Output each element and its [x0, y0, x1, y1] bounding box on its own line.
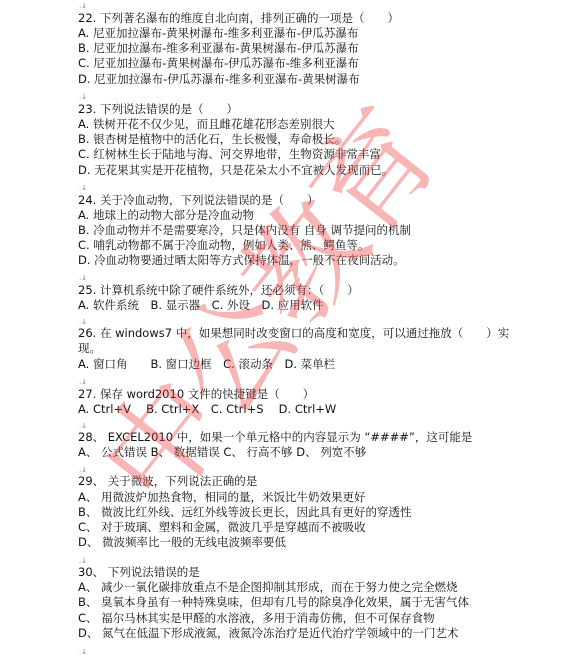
question-30-option-a: A、 减少一氧化碳排放重点不是企图抑制其形成，而在于努力使之完全燃烧 [78, 580, 458, 594]
paragraph-mark: .↓ [79, 648, 87, 656]
question-29-title: 29、 关于微波，下列说法正确的是 [78, 474, 257, 488]
question-24-option-c: C. 哺乳动物都不属于冷血动物，例如人类、熊、鳄鱼等。 [78, 238, 369, 252]
question-29-option-a: A、 用微波炉加热食物，相同的量，米饭比牛奶效果更好 [78, 490, 366, 504]
question-23-option-a: A. 铁树开花不仅少见，而且雌花雄花形态差别很大 [78, 117, 334, 131]
question-24-title: 24. 关于冷血动物，下列说法错误的是（ ） [78, 193, 318, 207]
question-29-option-b: B、 微波比红外线、远红外线等波长更长，因此具有更好的穿透性 [78, 505, 412, 519]
question-30-option-c: C、 福尔马林其实是甲醛的水溶液，多用于消毒仿佛，但不可保存食物 [78, 611, 435, 625]
paragraph-mark: .↓ [79, 2, 87, 10]
question-29-option-d: D、 微波频率比一般的无线电波频率要低 [78, 535, 286, 549]
paragraph-mark: .↓ [79, 93, 87, 101]
question-26-title: 26. 在 windows7 中，如果想同时改变窗口的高度和宽度，可以通过拖放（… [78, 326, 509, 340]
paragraph-mark: .↓ [79, 466, 87, 474]
question-26-title-continued: 现。 [78, 341, 101, 355]
question-22-title: 22. 下列著名瀑布的维度自北向南，排列正确的一项是（ ） [78, 11, 399, 25]
question-24-option-d: D. 冷血动物要通过晒太阳等方式保持体温，一般不在夜间活动。 [78, 253, 405, 267]
question-25-options: A. 软件系统 B. 显示器 C. 外设 D. 应用软件 [78, 298, 324, 312]
question-28-options: A、 公式错误 B、 数据错误 C、 行高不够 D、 列宽不够 [78, 445, 366, 459]
question-22-option-c: C. 尼亚加拉瀑布-黄果树瀑布-伊瓜苏瀑布-维多利亚瀑布 [78, 56, 359, 70]
question-26-options: A. 窗口角 B. 窗口边框 C. 滚动条 D. 菜单栏 [78, 357, 335, 371]
question-23-option-d: D. 无花果其实是开花植物，只是花朵太小不宜被人发现而已。 [78, 163, 393, 177]
paragraph-mark: .↓ [79, 184, 87, 192]
question-22-option-a: A. 尼亚加拉瀑布-黄果树瀑布-维多利亚瀑布-伊瓜苏瀑布 [78, 26, 358, 40]
question-30-option-b: B、 臭氧本身虽有一种特殊臭味，但却有几号的除臭净化效果，属于无害气体 [78, 595, 469, 609]
question-28-title: 28、 EXCEL2010 中，如果一个单元格中的内容显示为 “####”，这可… [78, 430, 472, 444]
question-23-title: 23. 下列说法错误的是（ ） [78, 102, 238, 116]
question-25-title: 25. 计算机系统中除了硬件系统外，还必须有：（ ） [78, 283, 359, 297]
question-27-options: A. Ctrl+V B. Ctrl+X C. Ctrl+S D. Ctrl+W [78, 402, 336, 416]
question-23-option-c: C. 红树林生长于陆地与海、河交界地带，生物资源非常丰富 [78, 147, 381, 161]
document-page: .↓ 22. 下列著名瀑布的维度自北向南，排列正确的一项是（ ） A. 尼亚加拉… [0, 0, 570, 659]
paragraph-mark: .↓ [79, 557, 87, 565]
question-24-option-b: B. 冷血动物并不是需要寒冷，只是体内没有 自身 调节提问的机制 [78, 223, 411, 237]
question-24-option-a: A. 地球上的动物大部分是冷血动物 [78, 208, 254, 222]
question-22-option-b: B. 尼亚加拉瀑布-维多利亚瀑布-黄果树瀑布-伊瓜苏瀑布 [78, 41, 359, 55]
paragraph-mark: .↓ [79, 378, 87, 386]
paragraph-mark: .↓ [79, 274, 87, 282]
question-30-option-d: D、 氮气在低温下形成液氮，液氮冷冻治疗是近代治疗学领域中的一门艺术 [78, 626, 459, 640]
question-22-option-d: D. 尼亚加拉瀑布-伊瓜苏瀑布-维多利亚瀑布-黄果树瀑布 [78, 72, 360, 86]
question-30-title: 30、 下列说法错误的是 [78, 565, 200, 579]
paragraph-mark: .↓ [79, 318, 87, 326]
paragraph-mark: .↓ [79, 422, 87, 430]
question-29-option-c: C、 对于玻璃、塑料和金属，微波几乎是穿越而不被吸收 [78, 520, 366, 534]
question-23-option-b: B. 银杏树是植物中的活化石，生长极慢，寿命极长。 [78, 132, 346, 146]
question-27-title: 27. 保存 word2010 文件的快捷键是（ ） [78, 387, 314, 401]
